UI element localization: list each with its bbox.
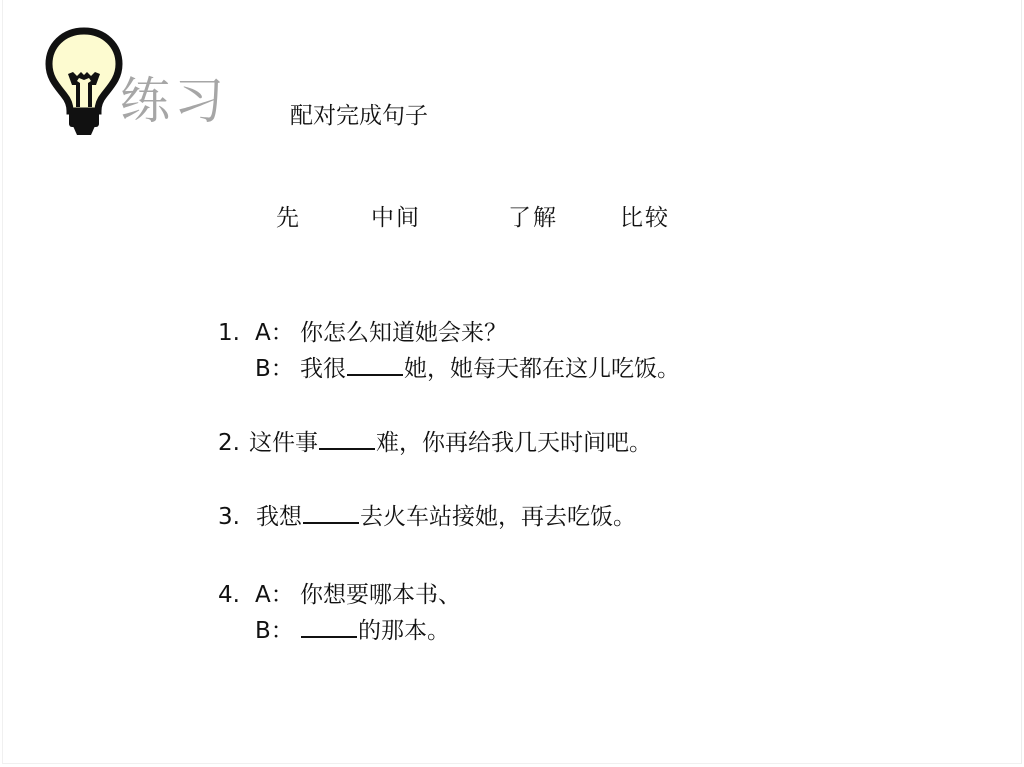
speaker-label: A：	[255, 584, 300, 607]
answer-blank[interactable]	[303, 504, 359, 524]
sentence-text: 我想	[256, 506, 302, 529]
exercise-number: 3.	[218, 506, 256, 529]
sentence-text: 去火车站接她，再去吃饭。	[360, 506, 636, 529]
exercise-number: 2.	[218, 432, 249, 455]
answer-blank[interactable]	[319, 430, 375, 450]
exercise-number: 4.	[218, 584, 255, 607]
word-bank-item: 中间	[371, 207, 421, 230]
exercise-line: 3.我想去火车站接她，再去吃饭。	[218, 504, 636, 538]
word-bank-item: 了解	[508, 207, 558, 230]
exercise-line: B：我很她，她每天都在这儿吃饭。	[218, 356, 680, 390]
exercise-line: 4.A：你想要哪本书、	[218, 584, 461, 618]
exercise-line: 2.这件事难，你再给我几天时间吧。	[218, 430, 652, 464]
answer-blank[interactable]	[301, 618, 357, 638]
sentence-text: 你怎么知道她会来？	[300, 322, 507, 345]
speaker-label: B：	[255, 358, 300, 381]
exercise-1: 1.A：你怎么知道她会来？ B：我很她，她每天都在这儿吃饭。	[218, 322, 680, 390]
page-subtitle: 配对完成句子	[290, 105, 428, 128]
exercise-2: 2.这件事难，你再给我几天时间吧。	[218, 430, 652, 464]
exercise-line: B：的那本。	[218, 618, 461, 652]
speaker-label: B：	[255, 620, 300, 643]
sentence-text: 的那本。	[358, 620, 450, 643]
exercise-3: 3.我想去火车站接她，再去吃饭。	[218, 504, 636, 538]
word-bank-item: 先	[276, 207, 301, 230]
exercise-4: 4.A：你想要哪本书、 B：的那本。	[218, 584, 461, 652]
page-title: 练习	[120, 76, 228, 126]
sentence-text: 难，你再给我几天时间吧。	[376, 432, 652, 455]
exercise-number: 1.	[218, 322, 255, 345]
lightbulb-icon	[44, 27, 124, 139]
sentence-text: 这件事	[249, 432, 318, 455]
speaker-label: A：	[255, 322, 300, 345]
answer-blank[interactable]	[347, 356, 403, 376]
sentence-text: 你想要哪本书、	[300, 584, 461, 607]
sentence-text: 我很	[300, 358, 346, 381]
word-bank-item: 比较	[620, 207, 670, 230]
word-bank: 先 中间 了解 比较	[0, 207, 1024, 237]
exercise-line: 1.A：你怎么知道她会来？	[218, 322, 680, 356]
sentence-text: 她，她每天都在这儿吃饭。	[404, 358, 680, 381]
